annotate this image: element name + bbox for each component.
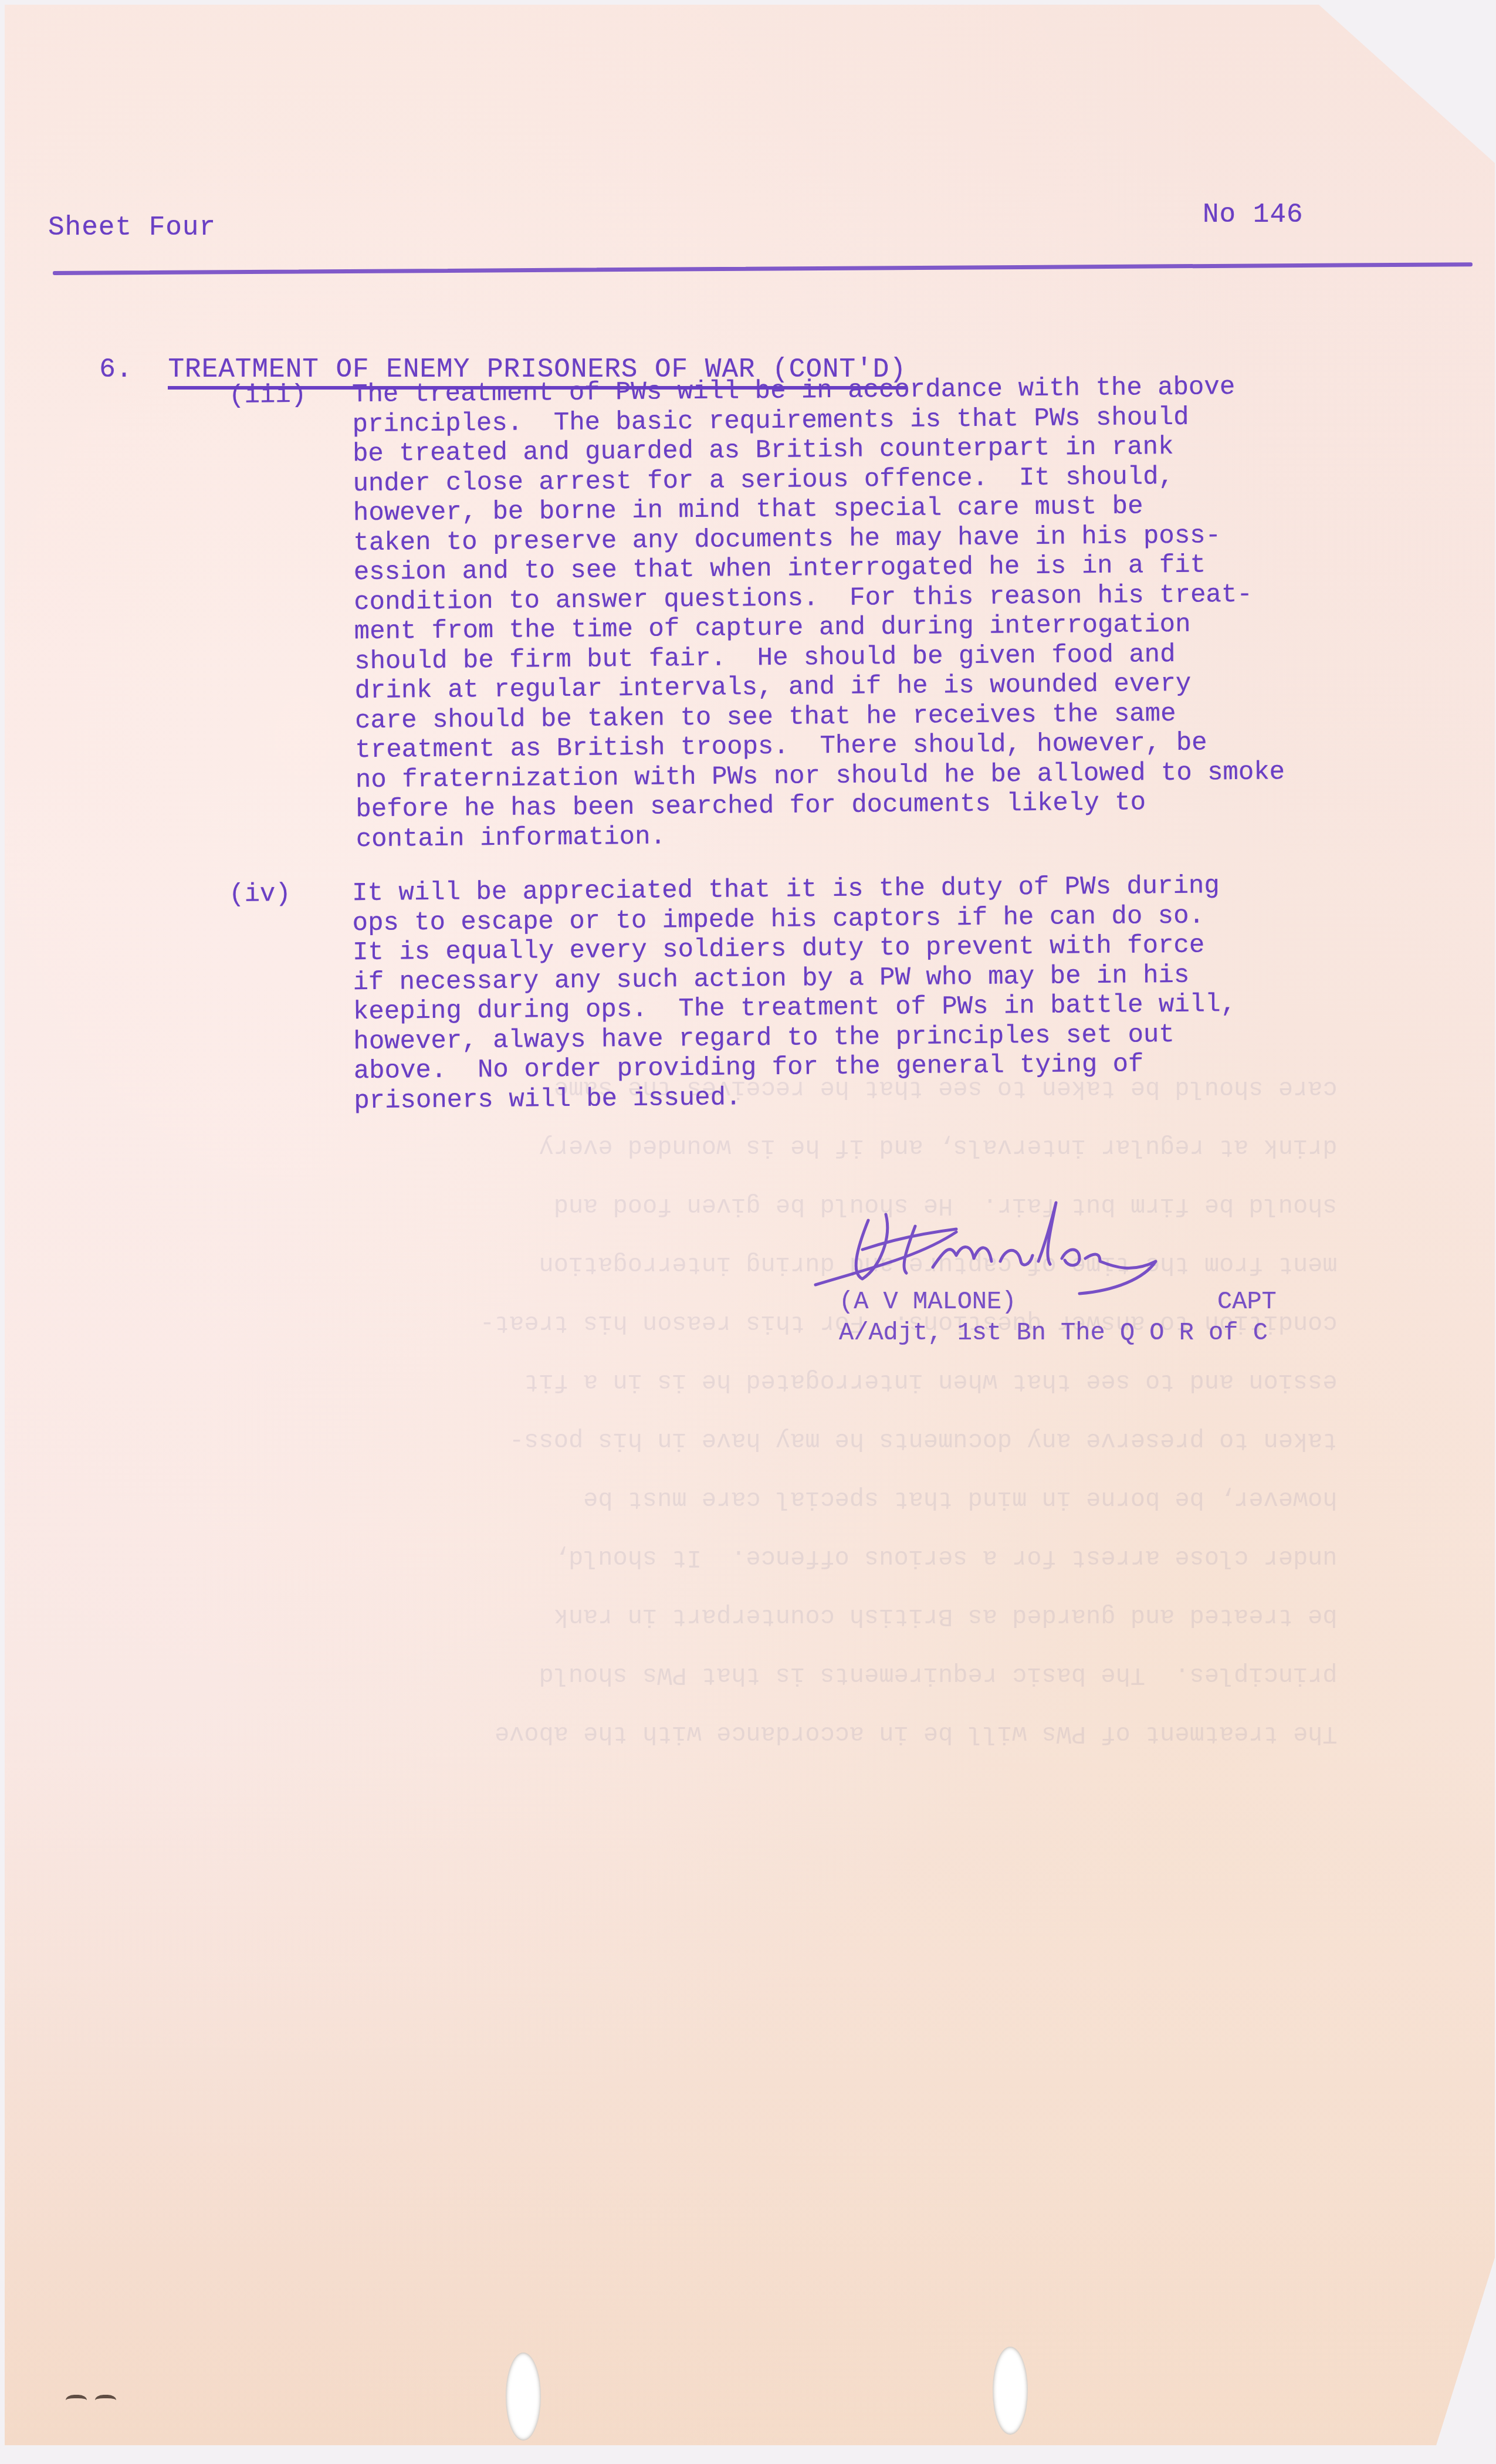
bleed-line: however, be borne in mind that special c…	[583, 1485, 1337, 1513]
bleed-line: under close arrest for a serious offence…	[554, 1544, 1338, 1572]
document-number: No 146	[1203, 199, 1304, 230]
paragraph-marker: (iv)	[229, 879, 291, 909]
signatory-rank: CAPT	[1217, 1288, 1277, 1316]
handwritten-signature	[804, 1197, 1179, 1302]
bleed-line: taken to preserve any documents he may h…	[509, 1426, 1337, 1454]
bleed-line: ession and to see that when interrogated…	[524, 1368, 1337, 1396]
bleed-line: be treated and guarded as British counte…	[554, 1602, 1338, 1630]
sheet-label: Sheet Four	[48, 212, 216, 243]
paragraph-body: It will be appreciated that it is the du…	[352, 871, 1237, 1116]
punch-hole	[993, 2347, 1028, 2435]
signatory-name: (A V MALONE)	[839, 1288, 1016, 1316]
reverse-side-bleed-through: The treatment of PWs will be in accordan…	[194, 1074, 1367, 1778]
bleed-line: The treatment of PWs will be in accordan…	[495, 1720, 1338, 1748]
bleed-line: drink at regular intervals, and if he is…	[539, 1133, 1338, 1161]
section-heading: 6.TREATMENT OF ENEMY PRISONERS OF WAR (C…	[66, 324, 906, 385]
punch-hole	[506, 2353, 541, 2441]
signatory-appointment: A/Adjt, 1st Bn The Q O R of C	[839, 1319, 1268, 1347]
bleed-line: principles. The basic requirements is th…	[539, 1661, 1338, 1689]
section-number: 6.	[99, 354, 133, 385]
staple-mark	[95, 2395, 116, 2409]
paragraph-body: The treatment of PWs will be in accordan…	[352, 372, 1285, 854]
staple-mark	[66, 2395, 87, 2409]
paragraph-marker: (iii)	[229, 381, 306, 411]
